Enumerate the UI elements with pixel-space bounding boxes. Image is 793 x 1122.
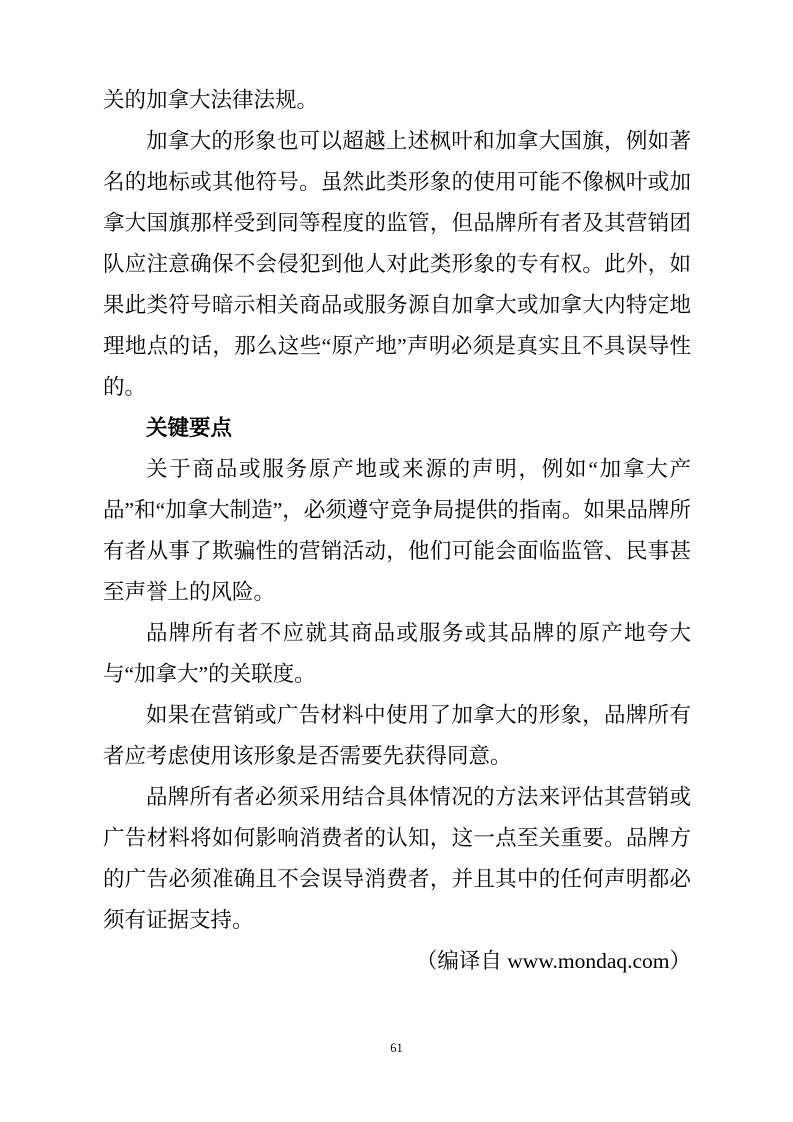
document-body: 关的加拿大法律法规。 加拿大的形象也可以超越上述枫叶和加拿大国旗，例如著名的地标… xyxy=(103,80,691,982)
section-heading-key-points: 关键要点 xyxy=(103,408,691,449)
paragraph-origin-claims: 关于商品或服务原产地或来源的声明，例如“加拿大产品”和“加拿大制造”，必须遵守竞… xyxy=(103,449,691,613)
paragraph-canada-imagery: 加拿大的形象也可以超越上述枫叶和加拿大国旗，例如著名的地标或其他符号。虽然此类形… xyxy=(103,121,691,408)
source-attribution: （编译自 www.mondaq.com） xyxy=(103,941,691,982)
paragraph-consent-for-imagery: 如果在营销或广告材料中使用了加拿大的形象，品牌所有者应考虑使用该形象是否需要先获… xyxy=(103,695,691,777)
document-page: 关的加拿大法律法规。 加拿大的形象也可以超越上述枫叶和加拿大国旗，例如著名的地标… xyxy=(0,0,793,1122)
paragraph-no-exaggeration: 品牌所有者不应就其商品或服务或其品牌的原产地夸大与“加拿大”的关联度。 xyxy=(103,613,691,695)
page-number: 61 xyxy=(0,1040,793,1056)
paragraph-continuation: 关的加拿大法律法规。 xyxy=(103,80,691,121)
paragraph-case-by-case-assessment: 品牌所有者必须采用结合具体情况的方法来评估其营销或广告材料将如何影响消费者的认知… xyxy=(103,777,691,941)
